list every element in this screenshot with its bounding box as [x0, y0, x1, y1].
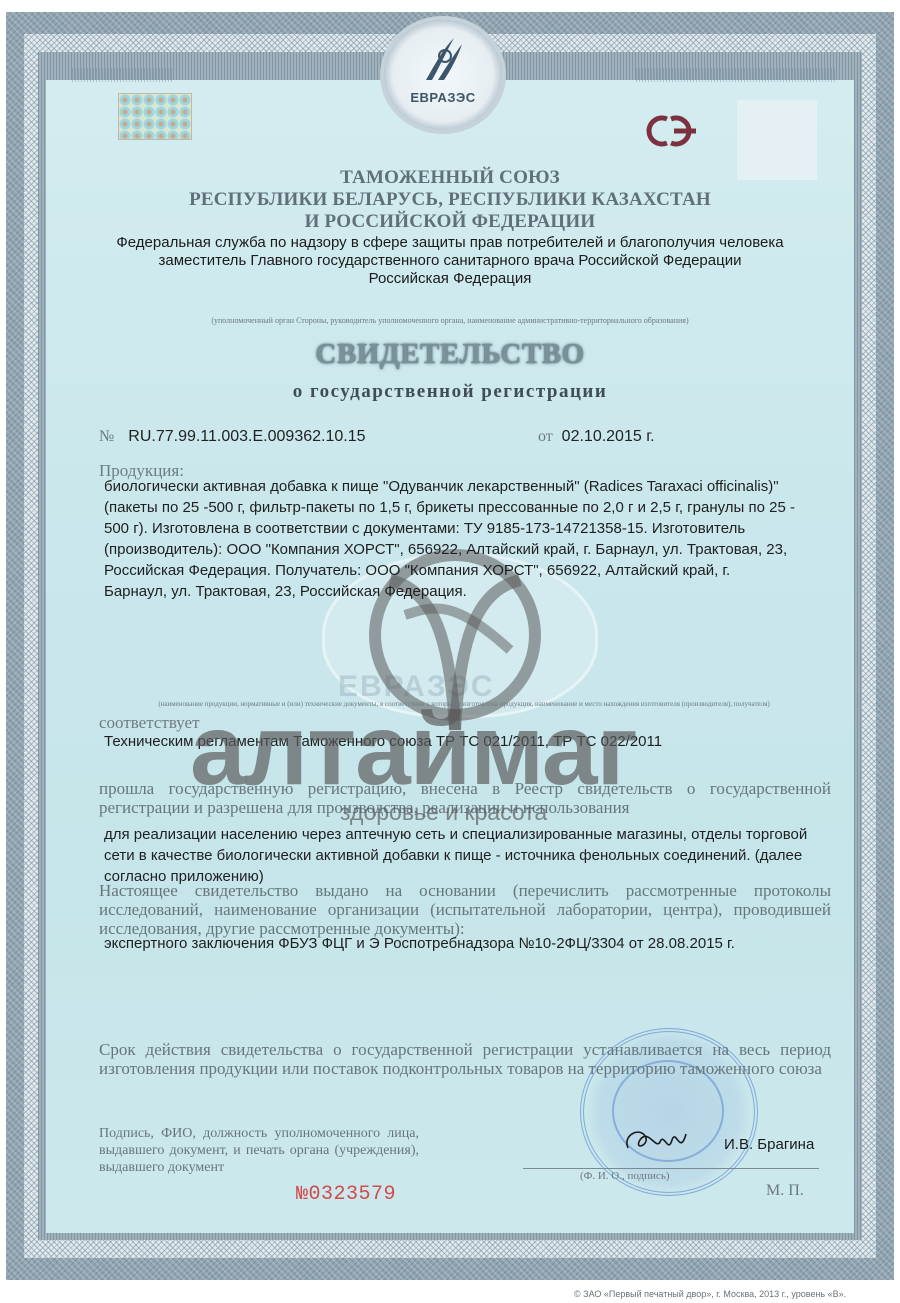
product-line: биологически активная добавка к пище "Од…: [104, 476, 819, 497]
usage-line: для реализации населению через аптечную …: [104, 824, 819, 845]
registration-date-row: от 02.10.2015 г.: [538, 428, 655, 446]
date-label: от: [538, 428, 553, 445]
product-line: (производитель): ООО "Компания ХОРСТ", 6…: [104, 539, 819, 560]
usage-scope: для реализации населению через аптечную …: [104, 824, 819, 887]
watermark-tagline: здоровье и красота: [340, 799, 547, 826]
stamp-place-label: М. П.: [766, 1182, 804, 1200]
product-line: (пакеты по 25 -500 г, фильтр-пакеты по 1…: [104, 497, 819, 518]
registration-date: 02.10.2015 г.: [562, 428, 655, 445]
union-line-3: И РОССИЙСКОЙ ФЕДЕРАЦИИ: [60, 211, 840, 233]
ce-conformity-mark-icon: [641, 112, 705, 150]
mesh-strip-left: [72, 68, 172, 82]
eurasec-logo-icon: [424, 36, 464, 82]
agency-line-3: Российская Федерация: [40, 270, 860, 288]
form-serial-number: №0323579: [296, 1183, 396, 1206]
product-line: Российская Федерация. Получатель: ООО "К…: [104, 560, 819, 581]
signature-caption: Подпись, ФИО, должность уполномоченного …: [99, 1125, 419, 1176]
product-line: Барнаул, ул. Трактовая, 23, Российская Ф…: [104, 581, 819, 602]
agency-line-2: заместитель Главного государственного са…: [40, 252, 860, 270]
product-description: биологически активная добавка к пище "Од…: [104, 476, 819, 602]
basis-value: экспертного заключения ФБУЗ ФЦГ и Э Росп…: [104, 933, 819, 954]
certificate-title: СВИДЕТЕЛЬСТВО: [60, 338, 840, 371]
handwritten-signature-icon: [620, 1120, 710, 1160]
mesh-strip-right: [636, 68, 836, 82]
number-label: №: [99, 428, 114, 445]
emblem-text: ЕВРАЗЭС: [384, 90, 502, 105]
usage-line: сети в качестве биологически активной до…: [104, 845, 819, 866]
union-line-1: ТАМОЖЕННЫЙ СОЮЗ: [60, 167, 840, 189]
certificate-subtitle: о государственной регистрации: [60, 381, 840, 403]
union-title: ТАМОЖЕННЫЙ СОЮЗ РЕСПУБЛИКИ БЕЛАРУСЬ, РЕС…: [60, 167, 840, 233]
hologram-icon: [118, 93, 192, 140]
basis-statement: Настоящее свидетельство выдано на основа…: [99, 881, 831, 938]
printer-footer: © ЗАО «Первый печатный двор», г. Москва,…: [574, 1289, 846, 1299]
signature-line-caption: (Ф. И. О., подпись): [580, 1170, 670, 1182]
union-line-2: РЕСПУБЛИКИ БЕЛАРУСЬ, РЕСПУБЛИКИ КАЗАХСТА…: [60, 189, 840, 211]
product-line: 500 г). Изготовлена в соответствии с док…: [104, 518, 819, 539]
validity-statement: Срок действия свидетельства о государств…: [99, 1040, 831, 1078]
signer-name: И.В. Брагина: [724, 1136, 814, 1153]
issuing-agency: Федеральная служба по надзору в сфере за…: [40, 234, 860, 288]
eurasec-emblem: ЕВРАЗЭС: [384, 20, 502, 130]
agency-caption: (уполномоченный орган Стороны, руководит…: [60, 316, 840, 325]
conformity-label: соответствует: [99, 713, 200, 733]
agency-line-1: Федеральная служба по надзору в сфере за…: [40, 234, 860, 252]
registration-number-row: №RU.77.99.11.003.E.009362.10.15: [99, 428, 366, 446]
registration-number: RU.77.99.11.003.E.009362.10.15: [128, 428, 365, 445]
signature-line: [523, 1168, 819, 1169]
